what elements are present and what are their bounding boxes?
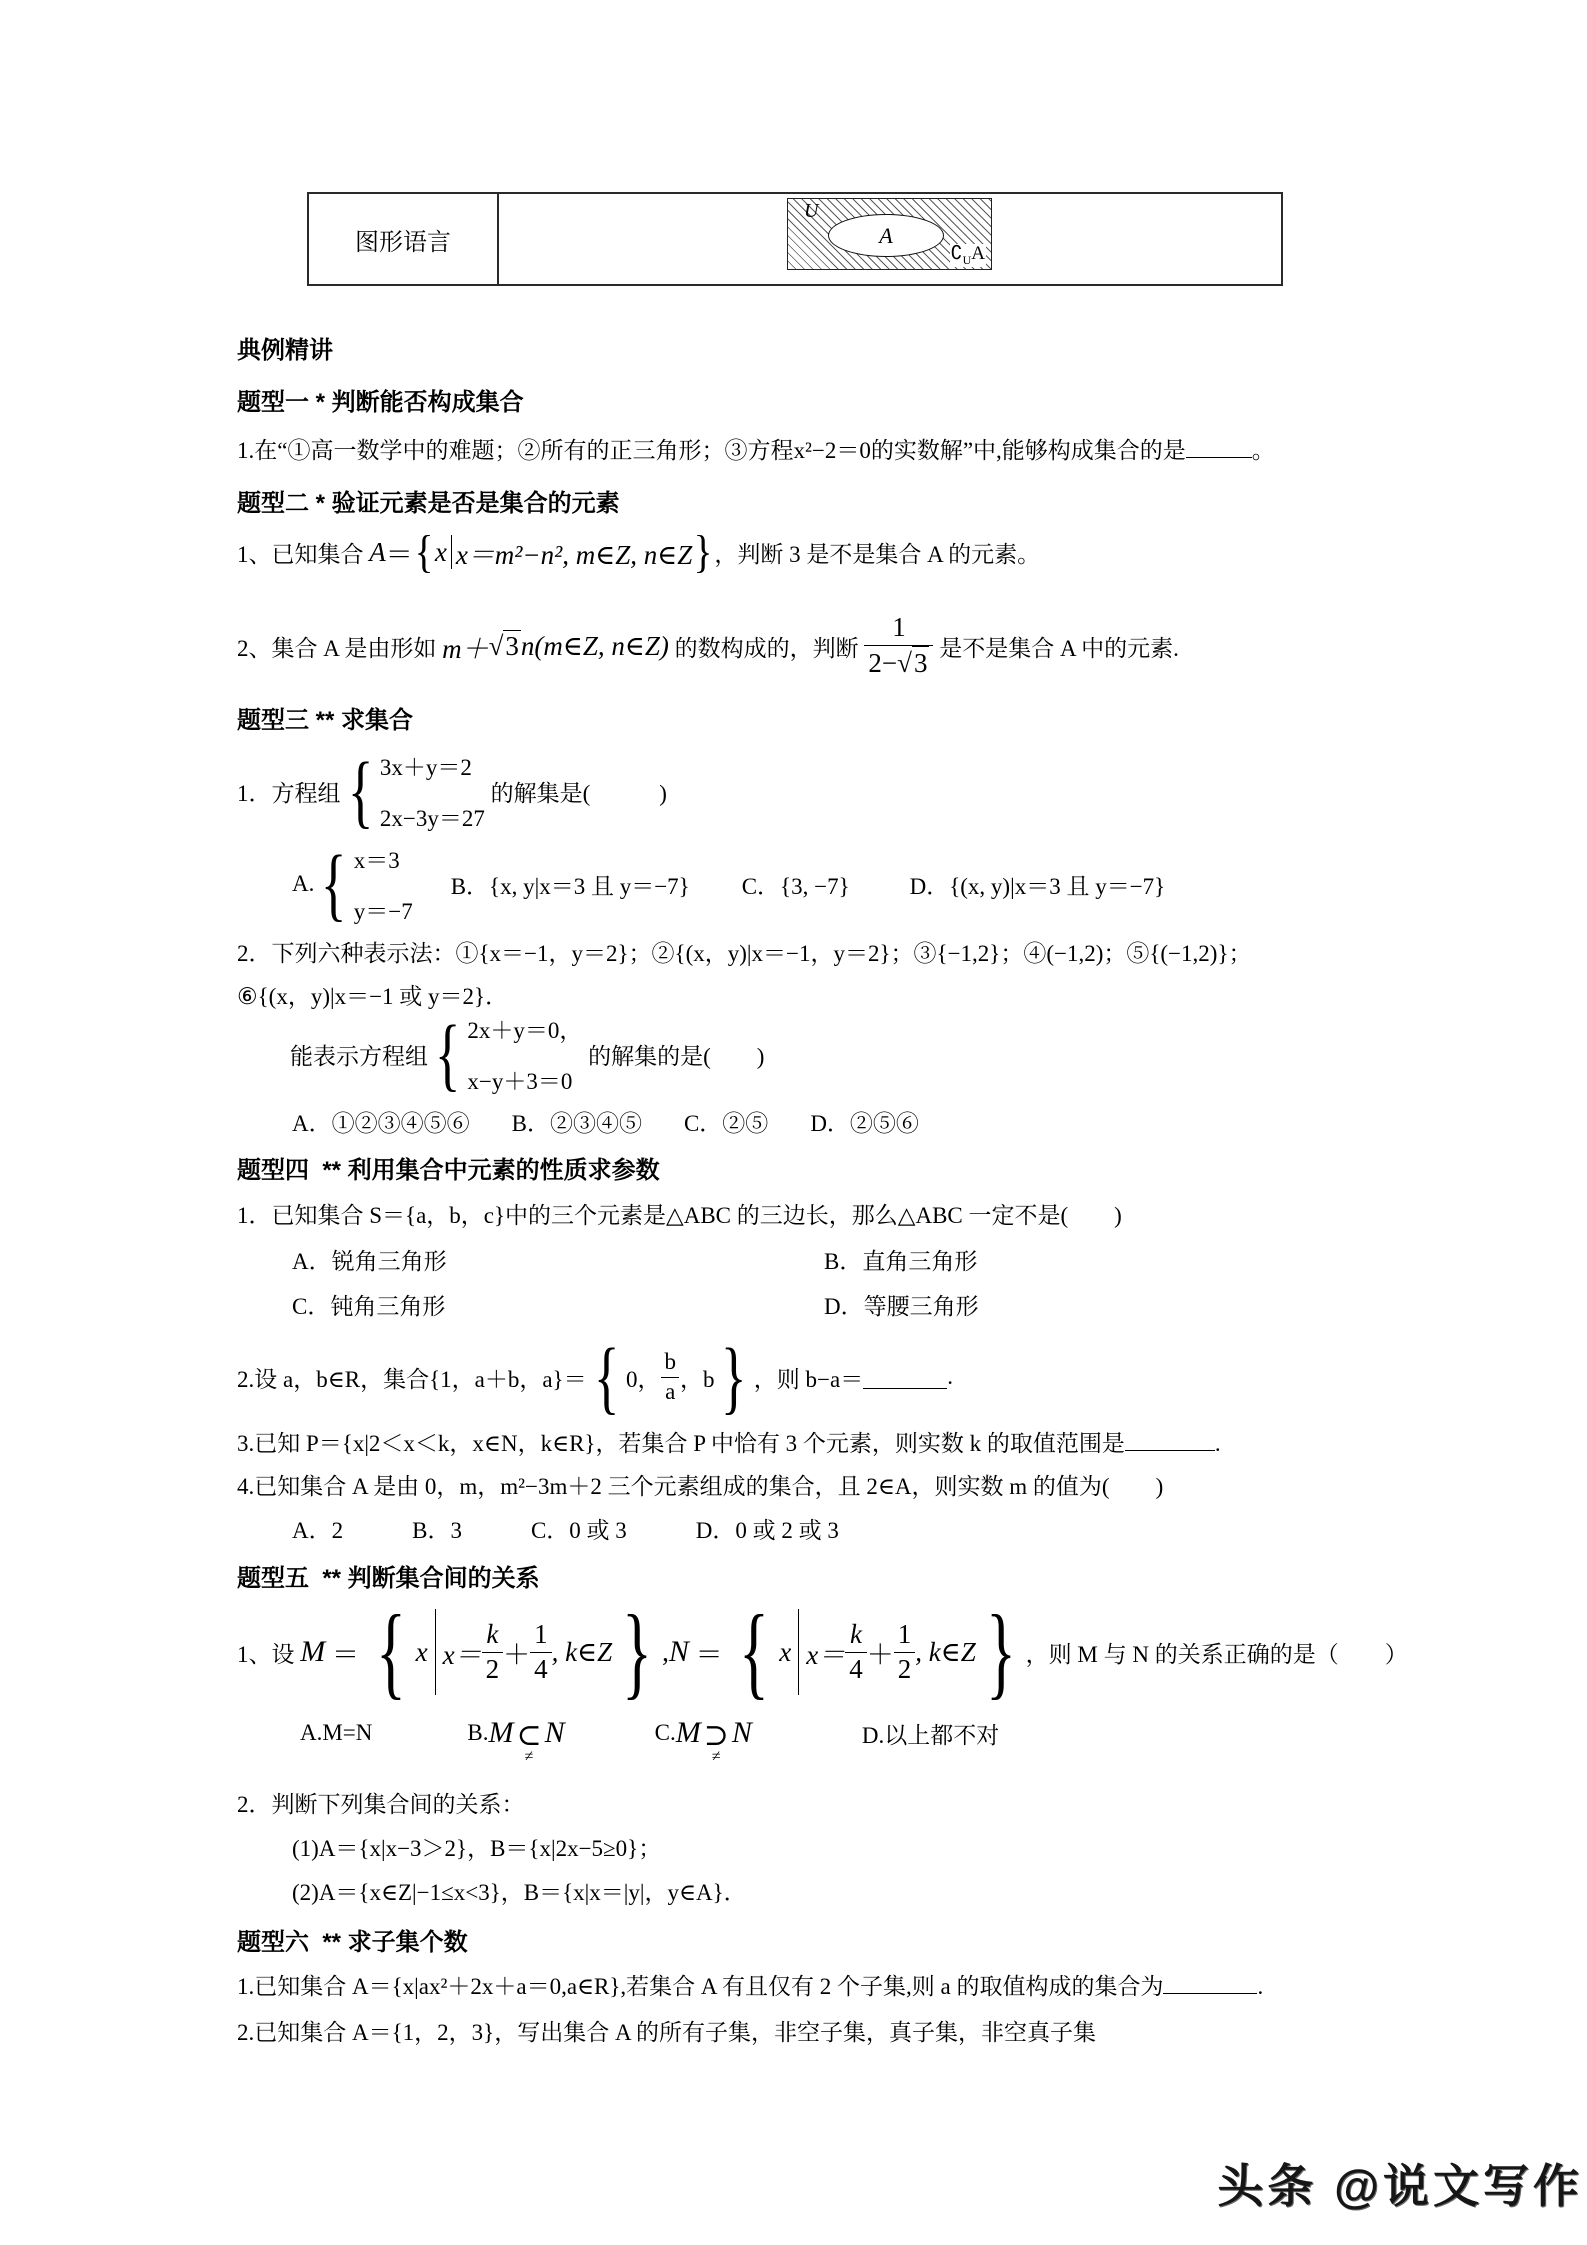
t2-q1-condition: x＝m²−n², m∈Z, n∈Z [456,533,692,572]
t5-option-c-m: M [676,1716,701,1750]
t4-q2-post: ，则 b−a＝ [754,1361,863,1394]
t3-q2-option-a: A．①②③④⑤⑥ [292,1111,470,1136]
t3-q1-system-rows: 3x＋y＝22x−3y＝27 [380,749,485,833]
t5-q1-post: ，则 M 与 N 的关系正确的是（ ） [1026,1636,1408,1669]
t5-q1-m-bar [435,1609,436,1695]
t2-q1-x: x [435,537,447,568]
diagram-table-row: 图形语言 U A ∁UA [307,192,1283,286]
t4-question-3: 3.已知 P＝{x|2＜x＜k，x∈N，k∈R}，若集合 P 中恰有 3 个元素… [237,1425,1221,1458]
heading-type1: 题型一 * 判断能否构成集合 [237,382,524,417]
heading-type3: 题型三 ** 求集合 [237,700,413,735]
t2-q2-n-domain: n(m∈Z, n∈Z) [521,631,669,662]
complement-label: ∁UA [950,244,987,267]
heading-type2: 题型二 * 验证元素是否是集合的元素 [237,483,620,518]
t5-option-c-neq: ≠ [712,1750,721,1764]
t5-option-b-n: N [545,1716,565,1750]
t5-q1-pre: 1、设 [237,1636,300,1669]
t5-q1-m-kz: , k∈Z [552,1637,613,1668]
t2-q2-radical-icon: √ [489,631,504,662]
t2-q1-left-brace: { [414,529,433,575]
t2-q1-equals: ＝ [386,533,413,572]
t5-question-1: 1、设 M ＝ { x x＝ k2 ＋ 14 , k∈Z } , N ＝ { x… [237,1598,1408,1706]
t1-q1-text: 1.在“①高一数学中的难题；②所有的正三角形；③方程x²−2＝0的实数解”中,能… [237,438,1186,463]
t4-q3-period: . [1215,1431,1221,1456]
t4-q1-option-a: A．锐角三角形 [292,1243,447,1276]
t5-option-a: A.M=N [300,1720,372,1746]
t4-q1-option-b: B．直角三角形 [824,1243,977,1276]
t5-option-b-label: B. [467,1720,488,1746]
t5-q1-n-fraction-1: k4 [845,1618,867,1687]
t2-q2-radicand: 3 [503,630,521,662]
t5-q1-n-plus: ＋ [867,1633,894,1672]
t2-q2-fraction-numerator: 1 [888,611,910,645]
t3-q1-option-b: B．{x, y|x＝3 且 y＝−7} [451,868,690,901]
table-label-cell: 图形语言 [309,194,499,284]
t5-n-f2-den: 2 [894,1652,916,1687]
t4-q1-option-d: D．等腰三角形 [824,1288,979,1321]
t4-question-4: 4.已知集合 A 是由 0，m，m²−3m＋2 三个元素组成的集合，且 2∈A，… [237,1468,1163,1501]
t5-q1-options: A.M=N B.M⊂≠N C.M⊃≠N D.以上都不对 [300,1705,999,1761]
t5-q1-set-n: N [669,1635,689,1669]
t4-q2-period: . [947,1364,953,1390]
heading-intro: 典例精讲 [237,330,333,365]
heading-type5: 题型五 ** 判断集合间的关系 [237,1558,540,1593]
complement-subscript: U [963,253,972,267]
t3-q2-system-brace: { [435,1013,461,1095]
t3-q1-option-a-rows: x＝3y＝−7 [354,842,413,926]
t2-q1-pre: 1、已知集合 [237,536,369,569]
set-a-label: A [879,223,892,249]
t5-q1-m-fraction-1: k2 [482,1618,504,1687]
universe-label: U [804,200,818,223]
t3-q1-pre: 1．方程组 [237,775,341,808]
t3-q1-option-d: D．{(x, y)|x＝3 且 y＝−7} [910,868,1166,901]
t4-question-1: 1．已知集合 S＝{a，b，c}中的三个元素是△ABC 的三边长，那么△ABC … [237,1197,1122,1230]
t5-q1-n-x: x [779,1637,791,1668]
t5-q1-comma: , [662,1637,669,1668]
t4-q2-fraction-denominator: a [661,1377,679,1407]
t2-q2-fraction: 1 2−√3 [864,611,933,681]
table-row-label: 图形语言 [355,222,451,257]
t4-q2-left-brace: { [593,1336,619,1418]
t5-m-f1-den: 2 [482,1652,504,1687]
t3-q1-option-a-brace: { [321,843,347,925]
table-diagram-cell: U A ∁UA [499,194,1281,284]
t3-q1-option-a-y: y＝−7 [354,893,413,926]
t5-option-c-superset: ⊃ [704,1722,729,1749]
t2-q2-m-plus: m＋ [442,627,489,666]
t3-q2-option-c: C．②⑤ [684,1111,768,1136]
t2-q2-den-radicand: 3 [912,646,930,681]
t5-q1-m-xeq: x＝ [443,1633,482,1672]
t3-q2-pre: 能表示方程组 [290,1038,428,1071]
t2-q1-right-brace: } [694,529,713,575]
t4-q3-answer-blank [1125,1427,1215,1451]
t2-q1-post: ，判断 3 是不是集合 A 的元素。 [714,536,1040,569]
t5-m-f1-num: k [482,1618,502,1652]
t5-q1-n-xeq: x＝ [806,1633,845,1672]
t2-q2-den-radical-icon: √ [897,647,912,681]
t2-question-1: 1、已知集合 A ＝ { x x＝m²−n², m∈Z, n∈Z } ，判断 3… [237,522,1040,582]
t3-q1-equation-2: 2x−3y＝27 [380,800,485,833]
complement-symbol: ∁ [951,243,963,264]
t3-q2-equation-2: x−y＋3＝0 [467,1063,582,1096]
t6-q1-answer-blank [1163,1970,1257,1994]
t4-q2-right-brace: } [721,1336,747,1418]
t3-q2-option-b: B．②③④⑤ [512,1111,642,1136]
t3-question-2-line1: 2．下列六种表示法：①{x＝−1，y＝2}；②{(x，y)|x＝−1，y＝2}；… [237,935,1251,968]
t4-q4-options: A．2 B．3 C．0 或 3 D．0 或 2 或 3 [292,1512,839,1545]
t5-q1-m-fraction-2: 14 [530,1618,552,1687]
t5-m-f2-den: 4 [530,1652,552,1687]
t2-q2-pre: 2、集合 A 是由形如 [237,630,442,663]
t1-question-1: 1.在“①高一数学中的难题；②所有的正三角形；③方程x²−2＝0的实数解”中,能… [237,432,1275,465]
t3-q2-option-d: D．②⑤⑥ [810,1111,919,1136]
t4-q1-option-c: C．钝角三角形 [292,1288,445,1321]
t2-q1-set-name: A [369,537,386,568]
set-a-ellipse: A [828,214,944,257]
t4-question-2: 2.设 a，b∈R，集合{1，a＋b，a}＝ { 0， b a ，b } ，则 … [237,1332,953,1422]
t6-q1-text: 1.已知集合 A＝{x|ax²＋2x＋a＝0,a∈R},若集合 A 有且仅有 2… [237,1974,1163,1999]
t1-q1-answer-blank [1186,434,1252,458]
t5-q1-n-fraction-2: 12 [894,1618,916,1687]
heading-type6: 题型六 ** 求子集个数 [237,1922,468,1957]
t5-q1-n-kz: , k∈Z [915,1637,976,1668]
t5-n-f1-den: 4 [845,1652,867,1687]
t5-q1-equals-n: ＝ [689,1633,730,1672]
t5-q1-n-bar [798,1609,799,1695]
t5-option-c-label: C. [655,1720,676,1746]
t2-q1-set-bar [451,535,452,569]
t5-option-b-subset: ⊂ [517,1722,542,1749]
t1-q1-period: 。 [1252,438,1275,463]
t5-q1-m-x: x [416,1637,428,1668]
t3-q2-system-line: 能表示方程组 { 2x＋y＝0，x−y＋3＝0 的解集的是( ) [290,1008,764,1100]
t3-q2-system-rows: 2x＋y＝0，x−y＋3＝0 [467,1012,582,1096]
t6-question-2: 2.已知集合 A＝{1，2，3}，写出集合 A 的所有子集，非空子集，真子集，非… [237,2014,1096,2047]
t5-q2-part-1: (1)A＝{x|x−3＞2}，B＝{x|2x−5≥0}； [292,1830,661,1863]
t5-q1-m-right-brace: } [622,1600,652,1704]
t3-q1-post: 的解集是( ) [485,775,667,808]
t4-q2-answer-blank [863,1365,947,1389]
t5-option-d: D.以上都不对 [862,1717,999,1750]
t5-q1-set-m: M [300,1635,325,1669]
t5-option-c-proper-superset-icon: ⊃≠ [704,1722,729,1764]
t4-q2-fraction: b a [660,1348,680,1407]
t3-q1-equation-1: 3x＋y＝2 [380,749,485,782]
t5-option-b-proper-subset-icon: ⊂≠ [517,1722,542,1764]
t6-q1-period: . [1257,1974,1263,1999]
t3-question-2-line2: ⑥{(x，y)|x＝−1 或 y＝2}． [237,978,508,1011]
t5-m-f2-num: 1 [530,1618,552,1652]
t4-q2-element-1: 0， [626,1361,661,1394]
t3-q2-post: 的解集的是( ) [582,1038,764,1071]
t5-q2-part-2: (2)A＝{x∈Z|−1≤x<3}，B＝{x|x＝|y|，y∈A}． [292,1874,747,1907]
t5-q1-m-left-brace: { [376,1600,406,1704]
t5-q1-n-left-brace: { [739,1600,769,1704]
t5-q1-equals-m: ＝ [325,1633,366,1672]
watermark: 头条 @说文写作 [1217,2150,1583,2216]
t3-question-1: 1．方程组 { 3x＋y＝22x−3y＝27 的解集是( ) [237,745,667,837]
t5-option-b-neq: ≠ [525,1750,534,1764]
t3-q1-options: A. { x＝3y＝−7 B．{x, y|x＝3 且 y＝−7} C．{3, −… [292,838,1165,930]
t3-q1-option-a-label: A. [292,871,314,897]
t3-q1-option-a-x: x＝3 [354,842,413,875]
t5-question-2: 2．判断下列集合间的关系： [237,1786,525,1819]
t2-q2-den-pre: 2− [868,647,897,681]
t4-q2-element-3: ，b [680,1361,715,1394]
t6-question-1: 1.已知集合 A＝{x|ax²＋2x＋a＝0,a∈R},若集合 A 有且仅有 2… [237,1968,1263,2001]
t5-q1-m-plus: ＋ [503,1633,530,1672]
complement-set: A [971,243,985,264]
t2-q2-mid: 的数构成的，判断 [669,630,865,663]
t2-q2-post: 是不是集合 A 中的元素. [933,630,1178,663]
t5-q1-n-right-brace: } [986,1600,1016,1704]
t4-q2-fraction-numerator: b [660,1348,680,1377]
t3-q1-option-c: C．{3, −7} [742,868,850,901]
venn-diagram: U A ∁UA [787,198,992,270]
heading-type4: 题型四 ** 利用集合中元素的性质求参数 [237,1150,660,1185]
worksheet-page: 图形语言 U A ∁UA 典例精讲 题型一 * 判断能否构成集合 1.在“①高一… [0,0,1587,2245]
t4-q2-pre: 2.设 a，b∈R，集合{1，a＋b，a}＝ [237,1361,587,1394]
t3-q1-system-brace: { [347,750,373,832]
t3-q2-equation-1: 2x＋y＝0， [467,1012,582,1045]
t3-q2-options: A．①②③④⑤⑥B．②③④⑤C．②⑤D．②⑤⑥ [292,1105,919,1138]
t5-option-c-n: N [732,1716,752,1750]
t2-question-2: 2、集合 A 是由形如 m＋ √ 3 n(m∈Z, n∈Z) 的数构成的，判断 … [237,598,1179,694]
t4-q3-text: 3.已知 P＝{x|2＜x＜k，x∈N，k∈R}，若集合 P 中恰有 3 个元素… [237,1431,1125,1456]
t5-option-b-m: M [489,1716,514,1750]
t5-n-f1-num: k [846,1618,866,1652]
t2-q2-fraction-denominator: 2−√3 [864,645,933,681]
t5-n-f2-num: 1 [894,1618,916,1652]
